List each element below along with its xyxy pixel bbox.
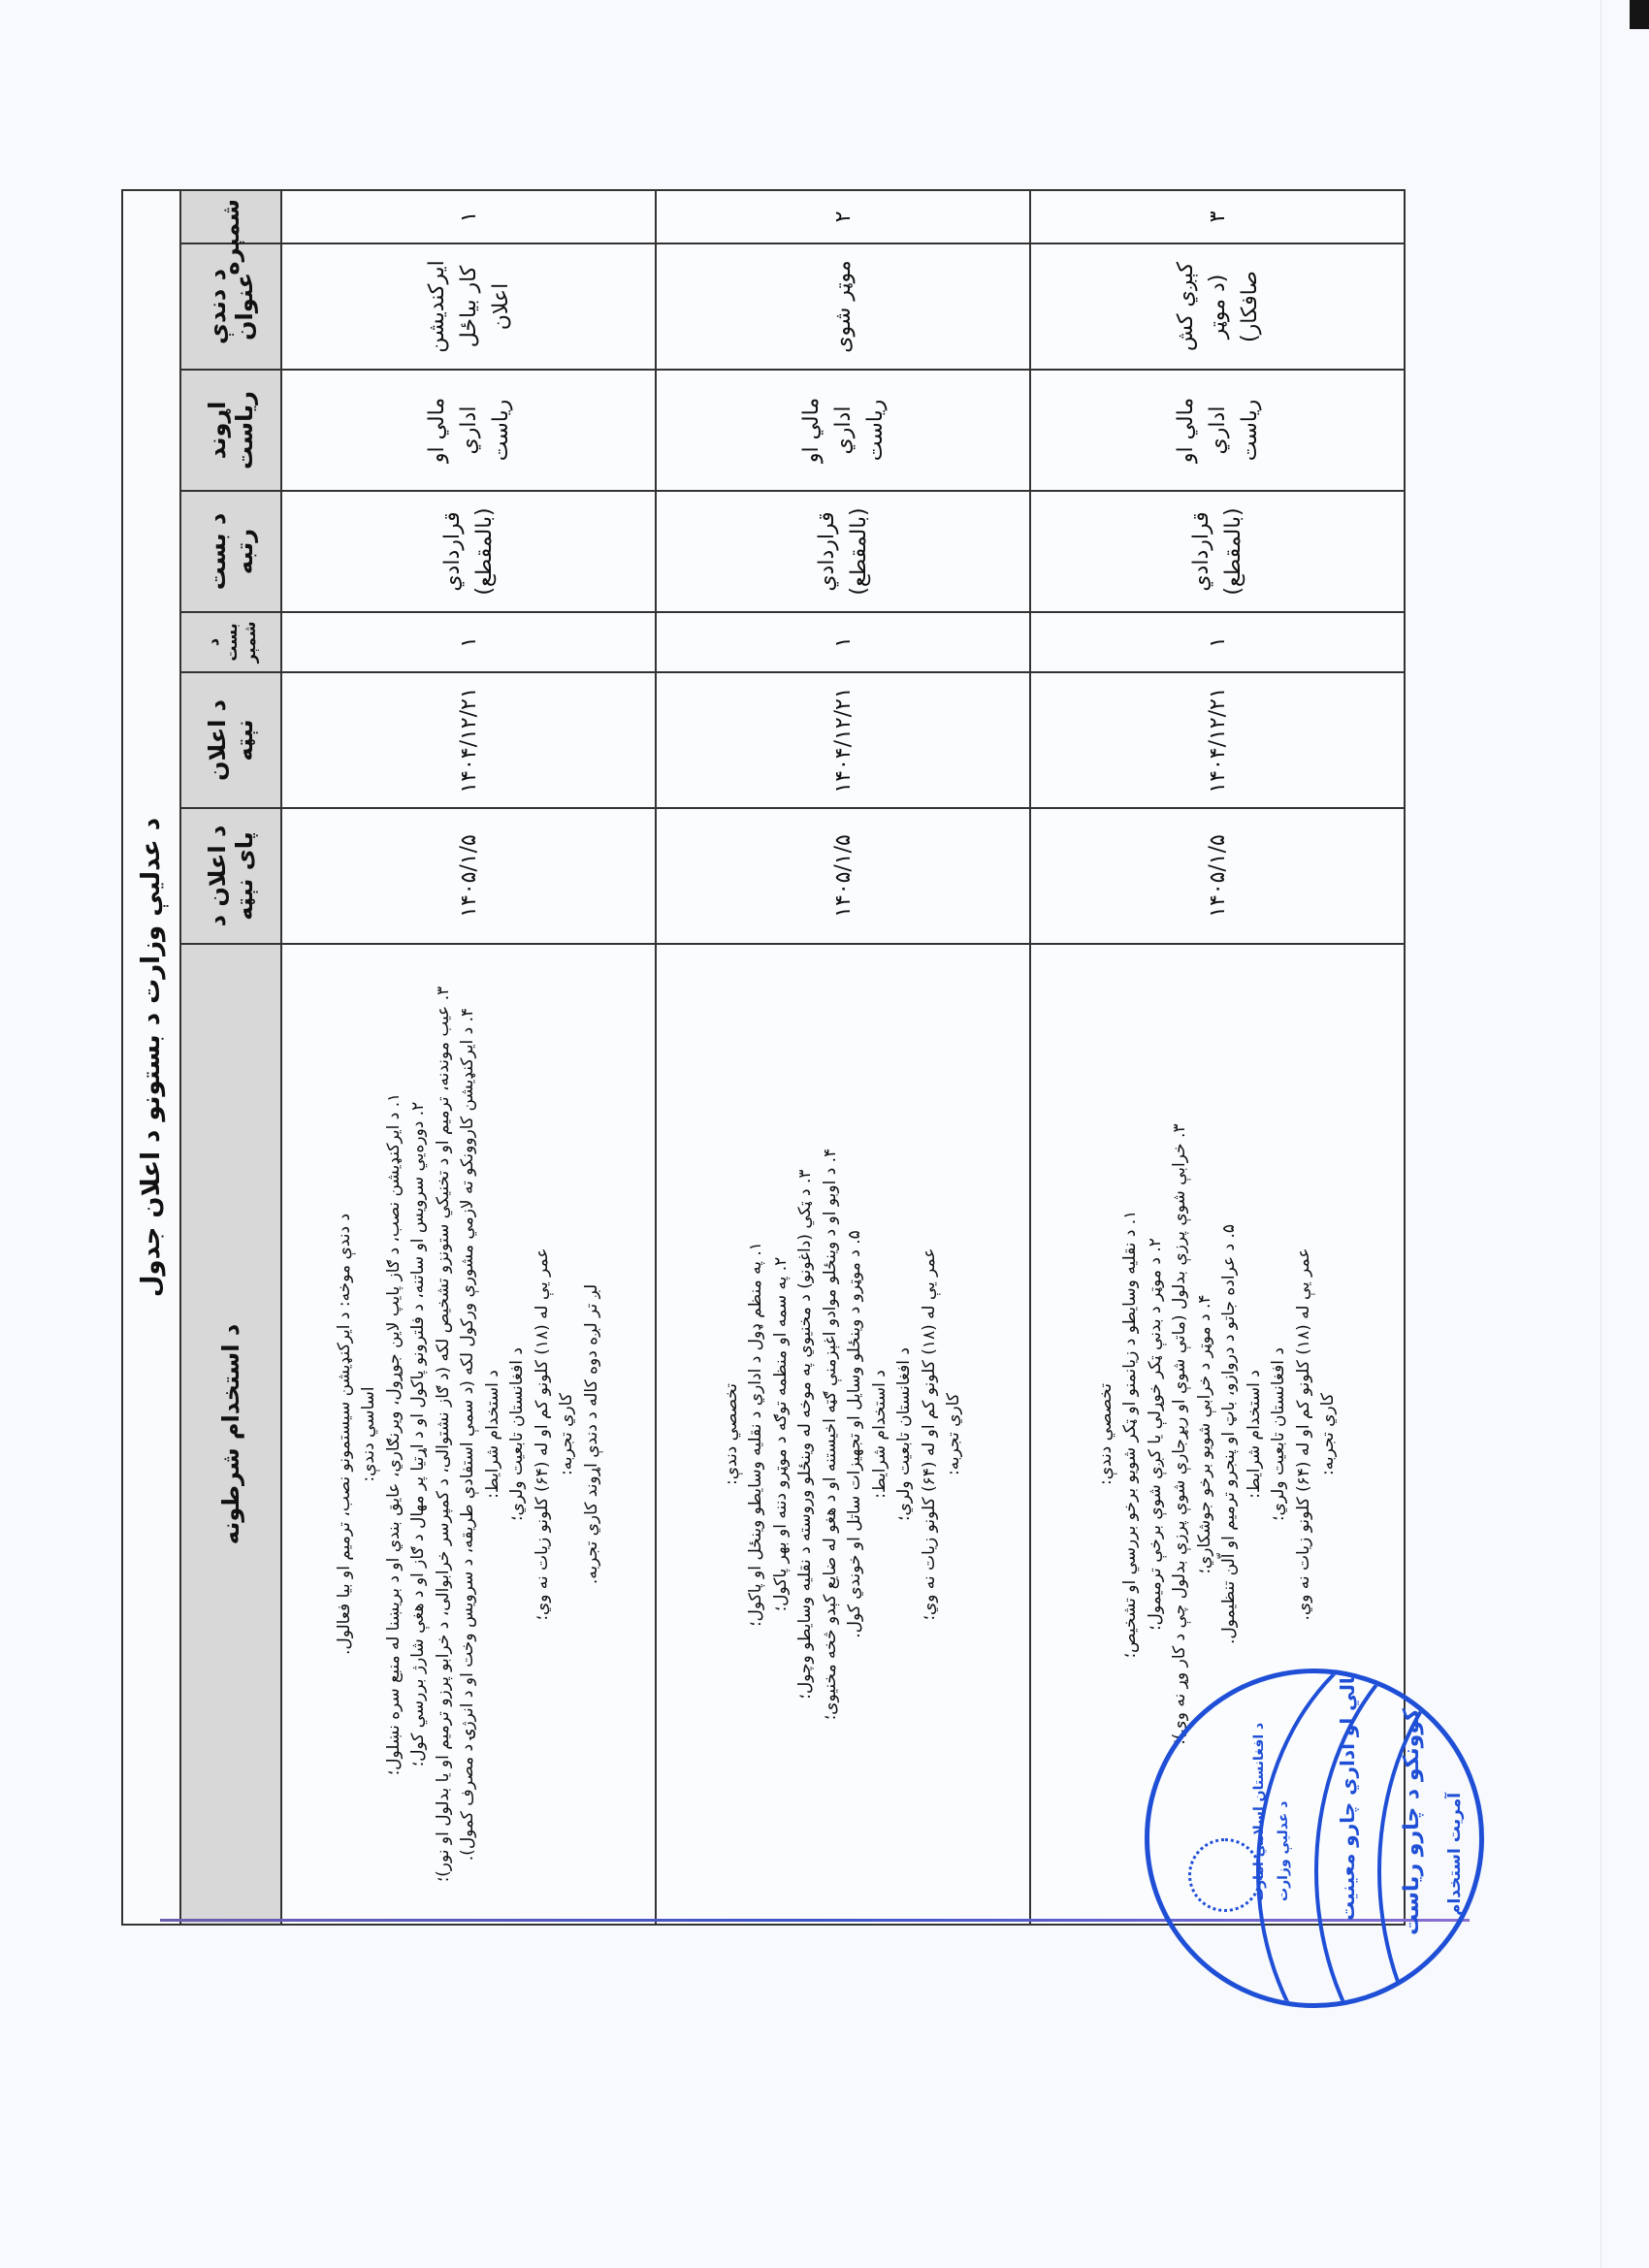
stamp-text: د افغانستان اسلامي امارت: [1251, 1723, 1267, 1901]
cell-grade: قراردادي (بالمقطع): [1030, 491, 1405, 612]
condition-line: ۱. د نقلیه وسایطو د زیانمنو او ټکر شویو …: [1118, 953, 1144, 1916]
header-count: د بست شمېر: [180, 612, 281, 672]
cell-job-title: موټر شوی: [656, 243, 1030, 370]
table-row: ۱ایرکندیشن کار بیاځل اعلانمالي او اداري …: [281, 190, 656, 1925]
page-title: د عدلیې وزارت د بستونو د اعلان جدول: [121, 189, 179, 1926]
condition-line: لږ تر لږه دوه کاله د دندې اړوند کاري تجر…: [580, 953, 605, 1916]
condition-line: د دندې موخه: د ایرکنډیشن سیستمونو نصب، ت…: [333, 953, 358, 1916]
cell-announce-end: ۱۴۰۵/۱/۵: [281, 808, 656, 944]
cell-number: ۳: [1030, 190, 1405, 243]
condition-line: ۲. په سمه او منظمه توګه د موټرو دننه او …: [769, 953, 794, 1916]
cell-announce-start: ۱۴۰۴/۱۲/۲۱: [656, 672, 1030, 808]
condition-line: ۴. د ایرکنډیشن کاروونکو ته لازمي مشورې و…: [456, 953, 481, 1916]
condition-line: د افغانستان تابعیت ولري؛: [892, 953, 918, 1916]
vacancy-table: شمېره د دندې عنوان اړوند ریاست د بست رتب…: [179, 189, 1406, 1926]
table-row: ۲موټر شویمالي او اداري ریاستقراردادي (با…: [656, 190, 1030, 1925]
cell-announce-start: ۱۴۰۴/۱۲/۲۱: [1030, 672, 1405, 808]
stamp-text: د عدلیې وزارت: [1276, 1801, 1291, 1901]
cell-department: مالي او اداري ریاست: [281, 370, 656, 491]
condition-line: د افغانستان تابعیت ولري؛: [505, 953, 531, 1916]
scan-edge: [1600, 0, 1601, 2268]
cell-conditions: تخصصي دندې:۱. په منظم ډول د اداري د نقلی…: [656, 944, 1030, 1925]
stamp-text: آمریت استخدام: [1445, 1793, 1465, 1916]
official-stamp: د افغانستان اسلامي امارت د عدلیې وزارت د…: [1145, 1669, 1484, 2008]
condition-line: تخصصي دندې:: [1094, 953, 1119, 1916]
cell-grade: قراردادي (بالمقطع): [281, 491, 656, 612]
cell-number: ۲: [656, 190, 1030, 243]
stamp-text: د کارکوونکو د چارو ریاست: [1400, 1669, 1424, 1935]
condition-line: تخصصي دندې:: [720, 953, 745, 1916]
cell-conditions: د دندې موخه: د ایرکنډیشن سیستمونو نصب، ت…: [281, 944, 656, 1925]
header-announce-end: د اعلان د پای نېټه: [180, 808, 281, 944]
stamp-text: د مالي او اداري چارو معینیت: [1336, 1669, 1359, 1921]
condition-line: کاري تجربه:: [555, 953, 580, 1916]
condition-line: ۱. په منظم ډول د اداري د نقلیه وسایطو وی…: [744, 953, 769, 1916]
condition-line: د استخدام شرایط:: [481, 953, 506, 1916]
condition-line: ۳. د ټکي (داغونو) د مخنیوي په موخه له وی…: [793, 953, 819, 1916]
cell-number: ۱: [281, 190, 656, 243]
scan-dark-corner: [1630, 0, 1649, 29]
cell-grade: قراردادي (بالمقطع): [656, 491, 1030, 612]
condition-line: کاري تجربه:: [942, 953, 967, 1916]
condition-line: ۲. دوره‌یي سرویس او ساتنه، د فلترونو پاک…: [406, 953, 432, 1916]
condition-line: عمر یې له (۱۸) کلونو کم او له (۶۴) کلونو…: [918, 953, 943, 1916]
table-row: ۳کېږي کش (د موټر صافکار)مالي او اداري ری…: [1030, 190, 1405, 1925]
header-department: اړوند ریاست: [180, 370, 281, 491]
condition-line: ۵. د موټرو د وینځلو وسایل او تجهیزات سات…: [843, 953, 868, 1916]
condition-line: د استخدام شرایط:: [868, 953, 893, 1916]
cell-announce-end: ۱۴۰۵/۱/۵: [1030, 808, 1405, 944]
cell-job-title: ایرکندیشن کار بیاځل اعلان: [281, 243, 656, 370]
cell-department: مالي او اداري ریاست: [656, 370, 1030, 491]
header-grade: د بست رتبه: [180, 491, 281, 612]
table-header-row: شمېره د دندې عنوان اړوند ریاست د بست رتب…: [180, 190, 281, 1925]
condition-line: ۴. د اوبو او د وینځلو موادو اغېزمنې ګټه …: [819, 953, 844, 1916]
condition-line: ۱. د ایرکنډیشن نصب، د ګاز پایپ لاین جوړو…: [382, 953, 407, 1916]
cell-announce-end: ۱۴۰۵/۱/۵: [656, 808, 1030, 944]
condition-line: ۳. عیب موندنه، ترمیم او د تخنیکي ستونزو …: [432, 953, 457, 1916]
cell-count: ۱: [656, 612, 1030, 672]
condition-line: عمر یې له (۱۸) کلونو کم او له (۶۴) کلونو…: [531, 953, 556, 1916]
cell-count: ۱: [281, 612, 656, 672]
cell-department: مالي او اداري ریاست: [1030, 370, 1405, 491]
header-announce-start: د اعلان نېټه: [180, 672, 281, 808]
cell-count: ۱: [1030, 612, 1405, 672]
condition-line: اساسي دندې:: [357, 953, 382, 1916]
announcement-page: د عدلیې وزارت د بستونو د اعلان جدول شمېر…: [121, 189, 1411, 1926]
header-conditions: د استخدام شرطونه: [180, 944, 281, 1925]
cell-announce-start: ۱۴۰۴/۱۲/۲۱: [281, 672, 656, 808]
cell-job-title: کېږي کش (د موټر صافکار): [1030, 243, 1405, 370]
header-number: شمېره: [180, 190, 281, 243]
